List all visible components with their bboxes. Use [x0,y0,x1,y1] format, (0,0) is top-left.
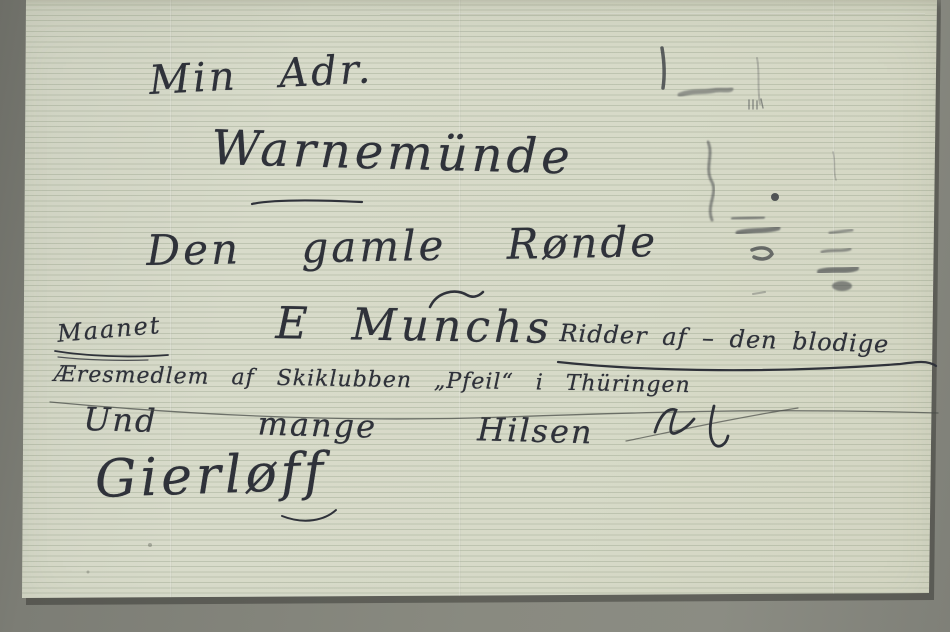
handwriting-greeting: Und mange Hilsen [83,400,594,451]
paper-crease-vertical-middle [459,0,461,598]
handwriting-honour-line: Æresmedlem af Skiklubben „Pfeil“ i Thüri… [54,362,691,398]
paper-crease-vertical-right [833,0,835,598]
handwriting-address-label: Min Adr. [148,46,374,104]
handwriting-recipient: Gierløff [94,442,328,510]
paper-crease-horizontal-top [380,13,925,15]
note-paper: Min Adr. Warnemünde Den gamle Rønde Maan… [0,0,950,632]
handwriting-address-place: Warnemünde [211,120,575,185]
handwriting-title-line: Den gamle Rønde [146,217,659,275]
handwriting-margin-note: Maanet [56,311,163,348]
handwriting-epithet: Ridder af – den blodige [559,319,890,358]
handwriting-artist-name: E Munchs [275,298,553,354]
